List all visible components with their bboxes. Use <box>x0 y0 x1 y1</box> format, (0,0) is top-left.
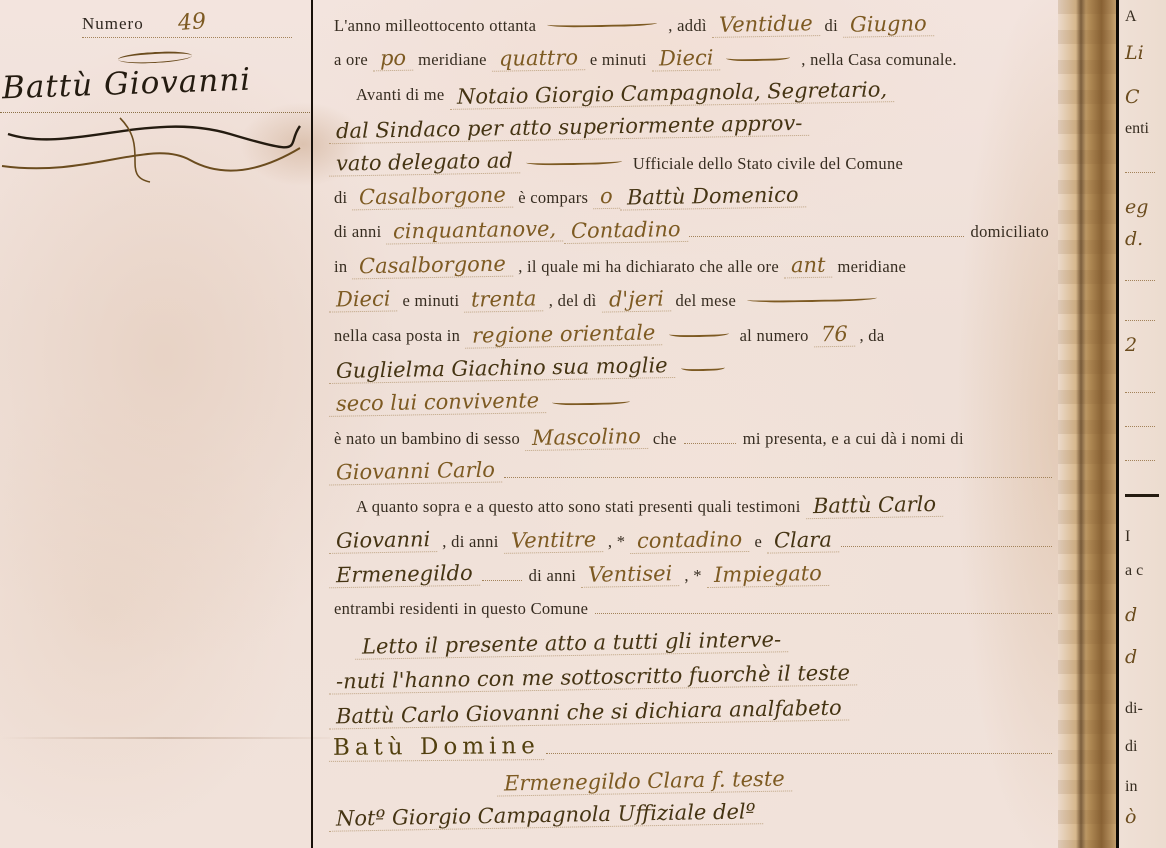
binding-gutter <box>1058 0 1116 848</box>
act-line: Guglielma Giachino sua moglie <box>329 356 1054 390</box>
printed-form-text: che <box>648 429 682 449</box>
dotted-rule-fragment <box>1125 486 1159 497</box>
text-fragment: d. <box>1125 228 1143 250</box>
handwritten-entry: trenta <box>464 286 544 312</box>
handwritten-entry: po <box>373 46 414 72</box>
text-fragment: d <box>1125 646 1137 668</box>
act-line: Ermenegildodi anniVentisei, *Impiegato <box>329 562 1054 596</box>
printed-form-text: , il quale mi ha dichiarato che alle ore <box>513 257 784 277</box>
printed-form-text: in <box>329 257 352 277</box>
handwritten-dash <box>681 363 725 372</box>
dotted-rule-fragment <box>1125 162 1155 173</box>
signature-flourish <box>0 108 305 188</box>
handwritten-dash <box>552 397 630 406</box>
printed-form-text: meridiane <box>413 50 492 70</box>
handwritten-entry: Giovanni Carlo <box>329 458 502 486</box>
text-fragment: eg <box>1125 196 1148 218</box>
dotted-rule <box>504 461 1052 478</box>
handwritten-entry: o <box>593 184 620 209</box>
dotted-rule-fragment <box>1125 382 1155 393</box>
handwritten-entry: cinquantanove, <box>386 217 564 245</box>
handwritten-entry: Ermenegildo <box>329 561 480 589</box>
handwritten-entry: dal Sindaco per atto superiormente appro… <box>329 111 810 144</box>
printed-form-text: di anni <box>524 566 581 586</box>
act-line: -nuti l'hanno con me sottoscritto fuorch… <box>329 665 1054 699</box>
dotted-rule <box>689 220 963 237</box>
act-line: inCasalborgone, il quale mi ha dichiarat… <box>329 253 1054 287</box>
printed-form-text: Avanti di me <box>351 85 450 105</box>
handwritten-entry: Giugno <box>843 11 934 38</box>
act-line: Ermenegildo Clara f. teste <box>329 769 1054 803</box>
dotted-rule <box>546 737 1052 754</box>
register-page-scan: Numero 49 Battù Giovanni L'anno milleott… <box>0 0 1166 848</box>
handwritten-entry: seco lui convivente <box>329 388 547 417</box>
paper-crease <box>0 737 330 739</box>
dotted-rule-fragment <box>1125 450 1155 461</box>
act-line: Giovanni Carlo <box>329 459 1054 493</box>
handwritten-entry: Ventitre <box>503 527 603 554</box>
text-fragment: A <box>1125 8 1137 26</box>
handwritten-entry: Ermenegildo Clara f. teste <box>497 766 792 796</box>
printed-form-text: Ufficiale dello Stato civile del Comune <box>628 154 908 174</box>
text-fragment: 2 <box>1125 334 1137 356</box>
printed-form-text: , del dì <box>544 291 602 311</box>
text-fragment: ò <box>1125 806 1136 828</box>
printed-form-text: , da <box>854 326 889 346</box>
handwritten-dash <box>526 156 622 166</box>
printed-form-text: , addì <box>663 16 711 36</box>
handwritten-entry: Guglielma Giachino sua moglie <box>329 353 675 384</box>
act-line: nella casa posta inregione orientaleal n… <box>329 322 1054 356</box>
handwritten-dash <box>747 293 877 303</box>
dotted-rule-fragment <box>1125 416 1155 427</box>
margin-name-row: Battù Giovanni <box>0 60 310 113</box>
handwritten-entry: contadino <box>630 527 750 554</box>
numero-value: 49 <box>177 9 207 36</box>
handwritten-dash <box>726 53 790 62</box>
printed-form-text: , nella Casa comunale. <box>796 50 962 70</box>
handwritten-entry: Dieci <box>652 46 721 72</box>
text-fragment: di <box>1125 738 1137 756</box>
printed-form-text: al numero <box>735 326 814 346</box>
act-body: L'anno milleottocento ottanta, addìVenti… <box>315 0 1056 848</box>
printed-form-text: di <box>329 188 352 208</box>
handwritten-entry: 76 <box>813 321 854 347</box>
act-line: di annicinquantanove,Contadinodomiciliat… <box>329 218 1054 252</box>
printed-form-text: L'anno milleottocento ottanta <box>329 16 541 36</box>
printed-form-text: , di anni <box>437 532 503 552</box>
signature-text: Batù Domine <box>329 733 544 762</box>
printed-form-text: nella casa posta in <box>329 326 465 346</box>
handwritten-entry: Battù Carlo <box>805 492 942 519</box>
printed-form-text: , * <box>679 566 706 586</box>
handwritten-dash <box>547 18 657 28</box>
printed-form-text: domiciliato <box>966 222 1054 242</box>
printed-form-text: del mese <box>671 291 742 311</box>
dotted-rule-fragment <box>1125 310 1155 321</box>
handwritten-entry: Battù Carlo Giovanni che si dichiara ana… <box>329 695 849 729</box>
act-line: Notº Giorgio Campagnola Uffiziale delº <box>329 803 1054 837</box>
act-line: entrambi residenti in questo Comune <box>329 597 1054 631</box>
printed-form-text: e minuti <box>397 291 464 311</box>
act-line: vato delegato adUfficiale dello Stato ci… <box>329 150 1054 184</box>
act-line: Avanti di meNotaio Giorgio Campagnola, S… <box>329 81 1054 115</box>
act-line: A quanto sopra e a questo atto sono stat… <box>329 493 1054 527</box>
handwritten-entry: Mascolino <box>525 424 648 451</box>
handwritten-entry: ant <box>784 252 833 278</box>
act-line: dal Sindaco per atto superiormente appro… <box>329 115 1054 149</box>
printed-form-text: meridiane <box>832 257 911 277</box>
printed-form-text: è compars <box>513 188 593 208</box>
handwritten-entry: Casalborgone <box>352 183 513 211</box>
handwritten-entry: Giovanni <box>329 527 438 554</box>
text-fragment: Li <box>1125 42 1144 64</box>
dotted-rule <box>841 530 1052 547</box>
handwritten-entry: Notaio Giorgio Campagnola, Segretario, <box>449 77 893 110</box>
printed-form-text: mi presenta, e a cui dà i nomi di <box>738 429 969 449</box>
text-fragment: di- <box>1125 700 1143 718</box>
handwritten-entry: Letto il presente atto a tutti gli inter… <box>355 627 788 660</box>
dotted-rule <box>684 427 736 444</box>
handwritten-entry: Impiegato <box>707 561 829 588</box>
printed-form-text: di anni <box>329 222 386 242</box>
act-number-row: Numero 49 <box>82 10 292 38</box>
margin-rule <box>311 0 313 848</box>
text-fragment: C <box>1125 86 1140 108</box>
printed-form-text: entrambi residenti in questo Comune <box>329 599 593 619</box>
act-line: Giovanni, di anniVentitre, *contadinoeCl… <box>329 528 1054 562</box>
act-line: Letto il presente atto a tutti gli inter… <box>329 631 1054 665</box>
act-line: seco lui convivente <box>329 390 1054 424</box>
text-fragment: enti <box>1125 120 1149 138</box>
handwritten-entry: d'jeri <box>601 287 670 313</box>
handwritten-entry: -nuti l'hanno con me sottoscritto fuorch… <box>329 661 857 695</box>
next-page-sliver: ALiCentiegd.2Ia cdddi-diinò <box>1119 0 1166 848</box>
handwritten-entry: Notº Giorgio Campagnola Uffiziale delº <box>329 799 763 832</box>
text-fragment: I <box>1125 528 1130 546</box>
printed-form-text: A quanto sopra e a questo atto sono stat… <box>351 497 806 517</box>
handwritten-entry: Battù Domenico <box>620 182 806 210</box>
handwritten-entry: Dieci <box>329 287 398 313</box>
act-line: è nato un bambino di sessoMascolinochemi… <box>329 425 1054 459</box>
handwritten-dash <box>668 328 728 337</box>
binding-shadow <box>1076 0 1086 848</box>
act-line: a orepomeridianequattroe minutiDieci, ne… <box>329 46 1054 80</box>
text-fragment: in <box>1125 778 1137 796</box>
dotted-rule <box>595 597 1052 614</box>
handwritten-entry: Ventisei <box>581 561 680 588</box>
handwritten-entry: quattro <box>492 46 585 73</box>
printed-form-text: , * <box>603 532 630 552</box>
act-line: Battù Carlo Giovanni che si dichiara ana… <box>329 700 1054 734</box>
handwritten-entry: Clara <box>767 527 839 553</box>
handwritten-entry: Casalborgone <box>352 251 513 279</box>
act-line: diCasalborgoneè comparsoBattù Domenico <box>329 184 1054 218</box>
handwritten-entry: Ventidue <box>712 11 820 38</box>
act-line: Diecie minutitrenta, del dìd'jeridel mes… <box>329 287 1054 321</box>
printed-form-text: di <box>820 16 843 36</box>
handwritten-entry: vato delegato ad <box>329 148 520 176</box>
handwritten-entry: regione orientale <box>465 320 663 348</box>
dotted-rule-fragment <box>1125 270 1155 281</box>
printed-form-text: è nato un bambino di sesso <box>329 429 525 449</box>
act-line: L'anno milleottocento ottanta, addìVenti… <box>329 12 1054 46</box>
printed-form-text: e <box>750 532 768 552</box>
printed-form-text: a ore <box>329 50 373 70</box>
text-fragment: a c <box>1125 562 1143 580</box>
numero-label: Numero <box>82 14 144 34</box>
dotted-rule <box>482 564 522 581</box>
handwritten-entry: Contadino <box>563 217 687 244</box>
registered-name: Battù Giovanni <box>1 62 251 107</box>
act-line: Batù Domine <box>329 734 1054 768</box>
printed-form-text: e minuti <box>585 50 652 70</box>
text-fragment: d <box>1125 604 1137 626</box>
margin-column: Numero 49 Battù Giovanni <box>0 0 311 848</box>
